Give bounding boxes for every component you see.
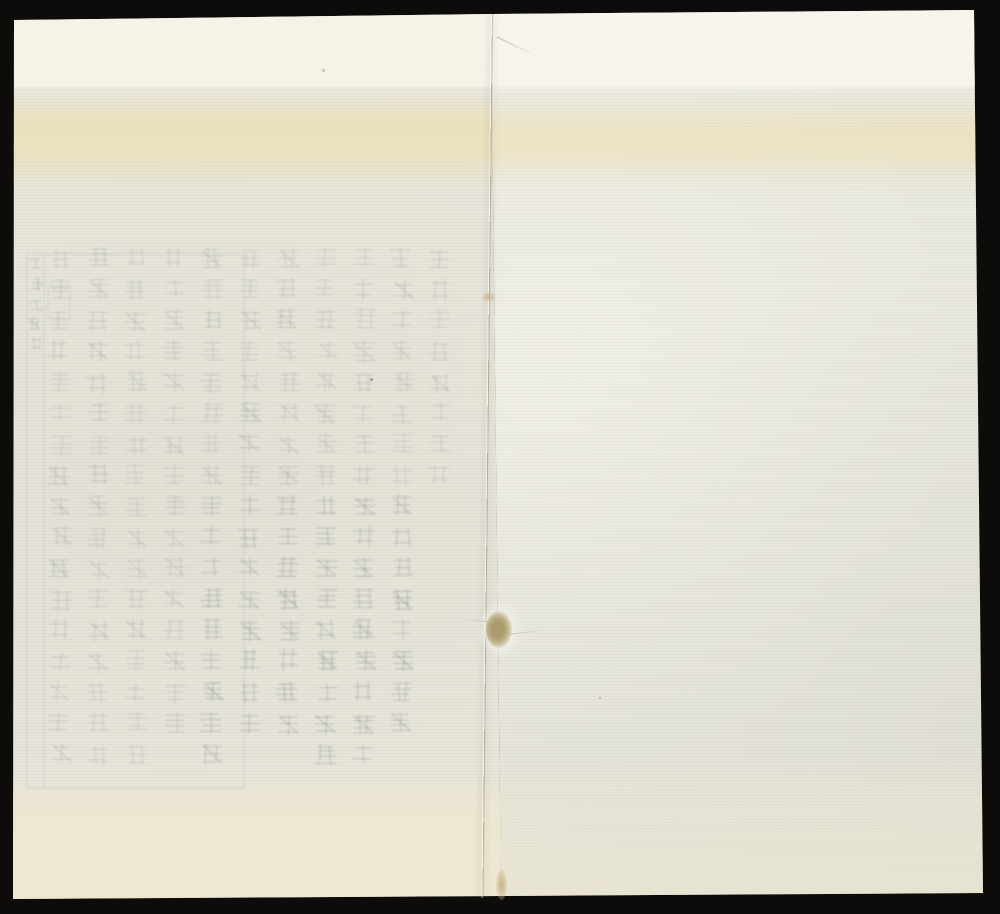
speck [322,69,325,72]
fold-stain-bottom [496,870,507,900]
speck [599,697,601,699]
bleed-through-text [26,248,450,796]
wormhole-stain [486,611,512,648]
speck [370,378,373,381]
fold-stain-upper [482,292,495,302]
scanned-book-photo [0,0,1000,914]
